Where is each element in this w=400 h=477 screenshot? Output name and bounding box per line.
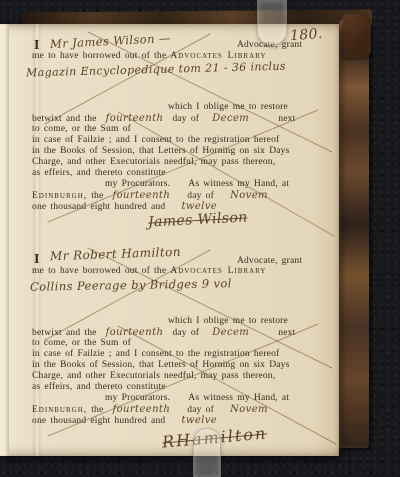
signature: James Wilson	[148, 209, 248, 230]
borrowed-line: me to have borrowed out of the Advocates…	[32, 51, 267, 61]
loan-entry-hamilton: I Mr Robert Hamilton Advocate, grant me …	[0, 250, 339, 460]
borrowed-line: me to have borrowed out of the Advocates…	[32, 266, 267, 276]
sum-line: to come, or the Sum of	[32, 338, 131, 348]
failzie-line: in case of Failzie ; and I consent to th…	[32, 135, 279, 145]
sign-month: Novem	[230, 404, 268, 415]
book-cover-corner	[343, 14, 371, 58]
edinburgh-line: Edinburgh, the fourteenth day of Novem	[32, 190, 268, 201]
failzie-line: in case of Failzie ; and I consent to th…	[32, 349, 279, 359]
session-line: in the Books of Session, that Letters of…	[32, 360, 290, 370]
sign-day: fourteenth	[113, 404, 171, 415]
oblige-line: which I oblige me to restore	[168, 102, 288, 112]
edinburgh-line: Edinburgh, the fourteenth day of Novem	[32, 404, 268, 415]
borrower-name: Mr James Wilson —	[50, 31, 171, 51]
book-title: Magazin Encyclopedique tom 21 - 36 inclu…	[26, 60, 286, 80]
charge-line: Charge, and other Executorials needful, …	[32, 371, 275, 381]
borrower-name: Mr Robert Hamilton	[50, 245, 181, 264]
book-fore-edge	[339, 18, 369, 448]
year-line: one thousand eight hundred and twelve	[32, 201, 217, 212]
return-day: fourteenth	[106, 327, 164, 338]
book-title: Collins Peerage by Bridges 9 vol	[30, 276, 232, 294]
register-page: 180. I Mr James Wilson — Advocate, grant…	[0, 24, 339, 456]
procurators-line: my Procurators. As witness my Hand, at	[105, 179, 289, 189]
library-name: Advocates Library	[170, 266, 266, 276]
betwixt-line: betwixt and the fourteenth day of Decem …	[32, 327, 295, 338]
oblige-line: which I oblige me to restore	[168, 316, 288, 326]
return-day: fourteenth	[106, 113, 164, 124]
session-line: in the Books of Session, that Letters of…	[32, 146, 290, 156]
sign-month: Novem	[230, 190, 268, 201]
betwixt-line: betwixt and the fourteenth day of Decem …	[32, 113, 295, 124]
return-month: Decem	[212, 113, 249, 124]
book-strap-bottom	[193, 428, 221, 477]
return-month: Decem	[212, 327, 249, 338]
book-strap-top	[257, 0, 287, 45]
effeirs-line: as effeirs, and thereto constitute	[32, 382, 166, 392]
procurators-line: my Procurators. As witness my Hand, at	[105, 393, 289, 403]
charge-line: Charge, and other Executorials needful, …	[32, 157, 275, 167]
year-line: one thousand eight hundred and twelve	[32, 415, 217, 426]
sum-line: to come, or the Sum of	[32, 124, 131, 134]
sign-day: fourteenth	[113, 190, 171, 201]
year-word: twelve	[181, 415, 217, 426]
advocate-grant-label: Advocate, grant	[237, 256, 302, 266]
loan-entry-wilson: I Mr James Wilson — Advocate, grant me t…	[0, 36, 339, 246]
effeirs-line: as effeirs, and thereto constitute	[32, 168, 166, 178]
